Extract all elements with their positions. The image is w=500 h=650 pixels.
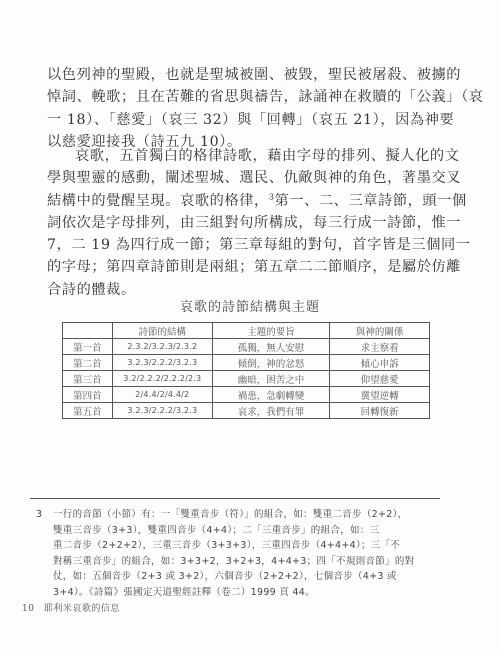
table-header-row: 詩節的結構 主題的要旨 與神的關係 [63, 323, 430, 339]
cell-structure: 3.2/2.2.2/2.2.2/2.3 [112, 371, 212, 387]
text-line: 哀歌，五首獨白的格律詩歌，藉由字母的排列、擬人化的文 [47, 145, 457, 167]
cell-structure: 3.2.3/2.2.2/3.2.3 [112, 355, 212, 371]
cell-theme: 幽暗，困苦之中 [212, 371, 330, 387]
cell-relation: 求主察看 [330, 339, 430, 355]
header-cell-theme: 主題的要旨 [212, 323, 330, 339]
text-line: 以色列神的聖殿，也就是聖城被圍、被毀，聖民被屠殺、被擄的 [47, 64, 457, 86]
table-row: 第二首 3.2.3/2.2.2/3.2.3 傾倒，神的忿怒 傾心申訴 [63, 355, 430, 371]
footnote-line: 3+4）。《詩篇》張國定天道聖經註釋（卷二）1999 頁 44。 [53, 585, 456, 601]
cell-structure: 2/4.4/2/4.4/2 [112, 387, 212, 403]
text-line: 學與聖靈的感動，闡述聖城、選民、仇敵與神的角色，著墨交叉 [47, 167, 457, 189]
header-cell-relation: 與神的關係 [330, 323, 430, 339]
footnote-line: 仗，如：五個音步（2+3 或 3+2），六個音步（2+2+2），七個音步（4+3… [53, 569, 456, 585]
cell-relation: 傾心申訴 [330, 355, 430, 371]
cell-poem: 第一首 [63, 339, 113, 355]
cell-poem: 第五首 [63, 403, 113, 419]
book-page: 以色列神的聖殿，也就是聖城被圍、被毀，聖民被屠殺、被擄的 悼詞、輓歌；且在苦難的… [0, 0, 500, 650]
footnote-text: 一行的音節（小節）有：一「雙重音步（符）」的組合，如：雙重二音步（2+2）， 雙… [53, 507, 456, 601]
cell-theme: 傾倒，神的忿怒 [212, 355, 330, 371]
text-line: 7，二 19 為四行成一節；第三章每組的對句，首字皆是三個同一 [47, 234, 457, 256]
text-line: 的字母；第四章詩節則是兩組；第五章二二節順序，是屬於仿離 [47, 256, 457, 278]
paragraph-1: 以色列神的聖殿，也就是聖城被圍、被毀，聖民被屠殺、被擄的 悼詞、輓歌；且在苦難的… [47, 64, 457, 153]
footnote-line: 一行的音節（小節）有：一「雙重音步（符）」的組合，如：雙重二音步（2+2）， [53, 507, 456, 523]
header-cell-poem [63, 323, 113, 339]
running-title: 耶利米哀歌的信息 [44, 604, 120, 614]
cell-theme: 禍患，急劇轉變 [212, 387, 330, 403]
footnote-line: 雙重三音步（3+3），雙重四音步（4+4）；二「三重音步」的組合，如：三 [53, 523, 456, 539]
cell-theme: 哀求，我們有罪 [212, 403, 330, 419]
cell-structure: 3.2.3/2.2.2/3.2.3 [112, 403, 212, 419]
cell-relation: 仰望慈愛 [330, 371, 430, 387]
text-line-with-footnote: 結構中的覺醒呈現。哀歌的格律，3第一、二、三章詩節，頭一個 [47, 190, 457, 212]
footnote-line: 重二音步（2+2+2），三重三音步（3+3+3），三重四音步（4+4+4）；三「… [53, 538, 456, 554]
cell-relation: 冀望逆轉 [330, 387, 430, 403]
table-row: 第四首 2/4.4/2/4.4/2 禍患，急劇轉變 冀望逆轉 [63, 387, 430, 403]
table-title: 哀歌的詩節結構與主題 [0, 296, 500, 315]
text-segment: 結構中的覺醒呈現。哀歌的格律， [47, 193, 269, 209]
cell-relation: 回轉復新 [330, 403, 430, 419]
page-footer: 10 耶利米哀歌的信息 [22, 601, 120, 614]
stanza-structure-table: 詩節的結構 主題的要旨 與神的關係 第一首 2.3.2/3.2.3/2.3.2 … [62, 322, 430, 419]
table-row: 第一首 2.3.2/3.2.3/2.3.2 孤獨，無人安慰 求主察看 [63, 339, 430, 355]
paragraph-2: 哀歌，五首獨白的格律詩歌，藉由字母的排列、擬人化的文 學與聖靈的感動，闡述聖城、… [47, 145, 457, 301]
page-number: 10 [22, 604, 34, 614]
cell-poem: 第二首 [63, 355, 113, 371]
text-line: 詞依次是字母排列，由三組對句所構成，每三行成一詩節，惟一 [47, 212, 457, 234]
footnote-divider [30, 498, 440, 499]
cell-theme: 孤獨，無人安慰 [212, 339, 330, 355]
footnote-3: 3 一行的音節（小節）有：一「雙重音步（符）」的組合，如：雙重二音步（2+2），… [36, 507, 456, 601]
text-line: 一 18）、「慈愛」（哀三 32）與「回轉」（哀五 21），因為神要 [47, 109, 457, 131]
table-row: 第三首 3.2/2.2.2/2.2.2/2.3 幽暗，困苦之中 仰望慈愛 [63, 371, 430, 387]
text-line: 悼詞、輓歌；且在苦難的省思與禱告，詠誦神在救贖的「公義」（哀 [47, 86, 457, 108]
cell-poem: 第四首 [63, 387, 113, 403]
footnote-line: 對稱三重音步」的組合，如：3+3+2，3+2+3，4+4+3；四「不規則音節」的… [53, 554, 456, 570]
table-row: 第五首 3.2.3/2.2.2/3.2.3 哀求，我們有罪 回轉復新 [63, 403, 430, 419]
cell-poem: 第三首 [63, 371, 113, 387]
cell-structure: 2.3.2/3.2.3/2.3.2 [112, 339, 212, 355]
header-cell-structure: 詩節的結構 [112, 323, 212, 339]
footnote-number: 3 [36, 507, 42, 523]
text-segment: 第一、二、三章詩節，頭一個 [275, 193, 467, 209]
